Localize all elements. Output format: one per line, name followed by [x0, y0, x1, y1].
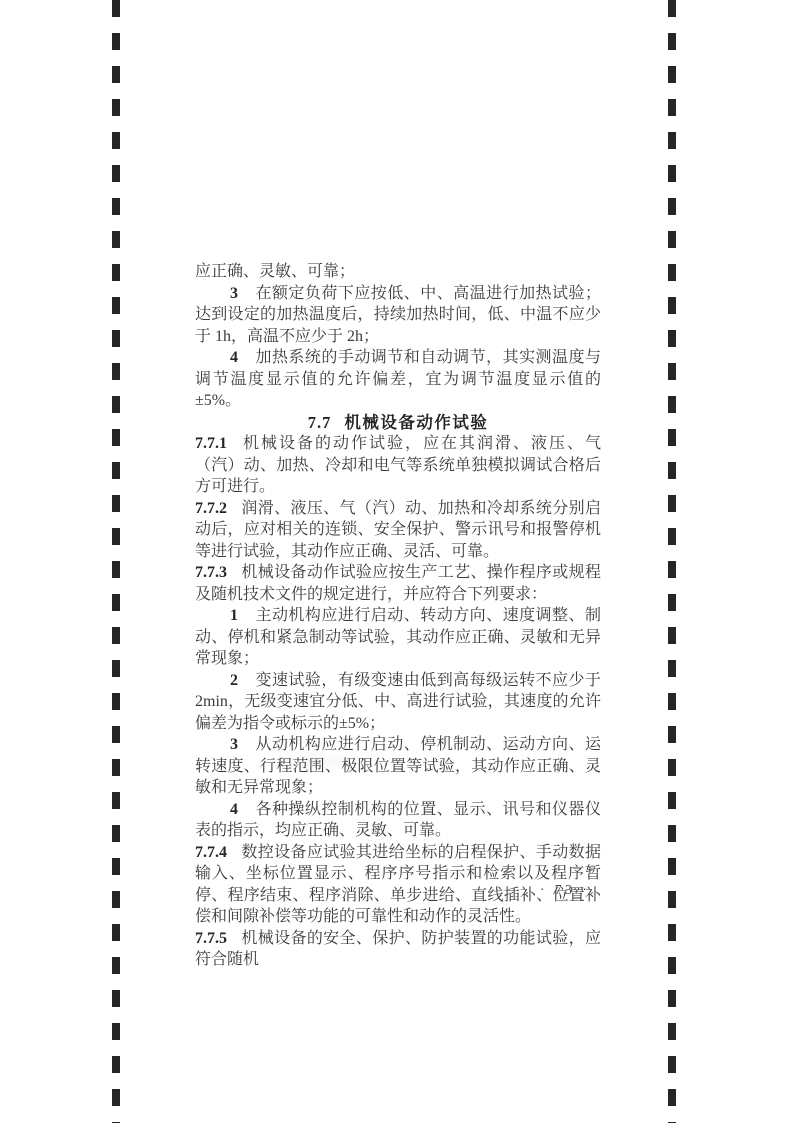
scan-edge-marks-right: [668, 0, 676, 1123]
clause-number: 7.7.2: [195, 500, 227, 517]
scan-edge-marks-left: [112, 0, 120, 1123]
section-number: 7.7: [308, 413, 332, 432]
item-text: 各种操纵控制机构的位置、显示、讯号和仪器仪表的指示，均应正确、灵敏、可靠。: [195, 801, 601, 840]
clause-text: 润滑、液压、气（汽）动、加热和冷却系统分别启动后，应对相关的连锁、安全保护、警示…: [195, 500, 601, 560]
clause-number: 7.7.3: [195, 564, 227, 581]
item-number: 3: [230, 736, 238, 753]
item-text: 加热系统的手动调节和自动调节，其实测温度与调节温度显示值的允许偏差，宜为调节温度…: [195, 349, 601, 409]
clause-number: 7.7.5: [195, 930, 227, 947]
clause-7-7-5: 7.7.5机械设备的安全、保护、防护装置的功能试验，应符合随机: [195, 928, 601, 971]
item-text: 从动机构应进行启动、停机制动、运动方向、运转速度、行程范围、极限位置等试验，其动…: [195, 736, 601, 796]
list-item-2-speed-change-test: 2变速试验，有级变速由低到高每级运转不应少于 2min，无级变速宜分低、中、高进…: [195, 670, 601, 735]
item-text: 在额定负荷下应按低、中、高温进行加热试验；达到设定的加热温度后，持续加热时间，低…: [195, 285, 601, 345]
list-item-3-driven-mechanism: 3从动机构应进行启动、停机制动、运动方向、运转速度、行程范围、极限位置等试验，其…: [195, 734, 601, 799]
list-item-4-control-mechanism: 4各种操纵控制机构的位置、显示、讯号和仪器仪表的指示，均应正确、灵敏、可靠。: [195, 799, 601, 842]
item-number: 4: [230, 349, 238, 366]
item-number: 4: [230, 801, 238, 818]
section-title: 机械设备动作试验: [344, 413, 488, 432]
clause-text: 机械设备的动作试验，应在其润滑、液压、气（汽）动、加热、冷却和电气等系统单独模拟…: [195, 435, 601, 495]
continuation-paragraph: 应正确、灵敏、可靠；: [195, 261, 601, 283]
list-item-3-heating-test: 3在额定负荷下应按低、中、高温进行加热试验；达到设定的加热温度后，持续加热时间，…: [195, 283, 601, 348]
item-text: 主动机构应进行启动、转动方向、速度调整、制动、停机和紧急制动等试验，其动作应正确…: [195, 607, 601, 667]
clause-7-7-3: 7.7.3机械设备动作试验应按生产工艺、操作程序或规程及随机技术文件的规定进行，…: [195, 562, 601, 605]
document-text-column: 应正确、灵敏、可靠； 3在额定负荷下应按低、中、高温进行加热试验；达到设定的加热…: [195, 261, 601, 971]
list-item-1-driving-mechanism: 1主动机构应进行启动、转动方向、速度调整、制动、停机和紧急制动等试验，其动作应正…: [195, 605, 601, 670]
item-number: 2: [230, 672, 238, 689]
item-number: 1: [230, 607, 238, 624]
clause-number: 7.7.1: [195, 435, 227, 452]
clause-7-7-1: 7.7.1机械设备的动作试验，应在其润滑、液压、气（汽）动、加热、冷却和电气等系…: [195, 433, 601, 498]
clause-number: 7.7.4: [195, 844, 227, 861]
clause-text: 机械设备动作试验应按生产工艺、操作程序或规程及随机技术文件的规定进行，并应符合下…: [195, 564, 601, 603]
item-text: 变速试验，有级变速由低到高每级运转不应少于 2min，无级变速宜分低、中、高进行…: [195, 672, 601, 732]
list-item-4-heating-adjust: 4加热系统的手动调节和自动调节，其实测温度与调节温度显示值的允许偏差，宜为调节温…: [195, 347, 601, 412]
clause-7-7-2: 7.7.2润滑、液压、气（汽）动、加热和冷却系统分别启动后，应对相关的连锁、安全…: [195, 498, 601, 563]
clause-text: 机械设备的安全、保护、防护装置的功能试验，应符合随机: [195, 930, 601, 969]
page-number: · 73 ·: [540, 882, 590, 898]
section-heading-7-7: 7.7机械设备动作试验: [195, 412, 601, 434]
item-number: 3: [230, 285, 238, 302]
